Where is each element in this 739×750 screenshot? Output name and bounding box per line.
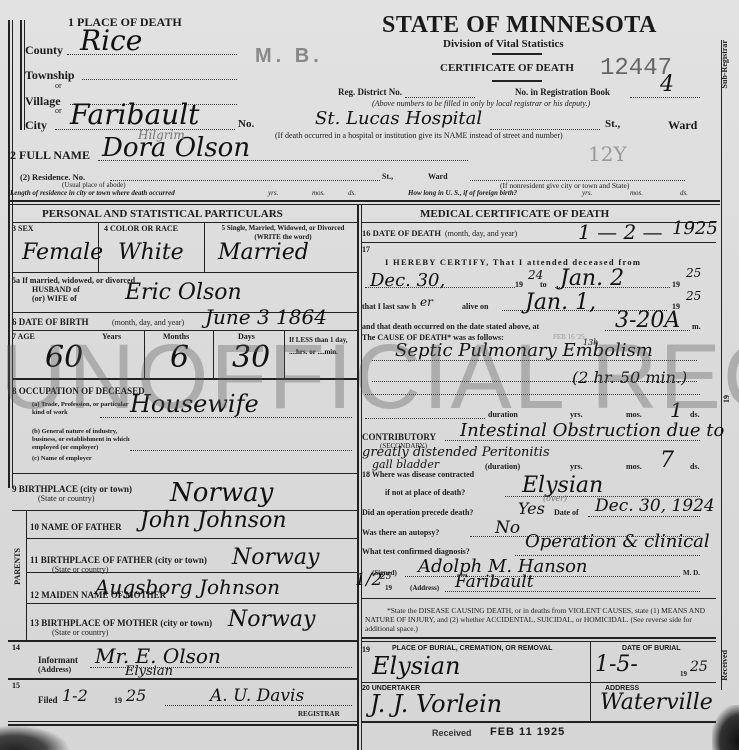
filed-num: 15 xyxy=(12,681,20,690)
title-rule-1 xyxy=(492,53,542,55)
reg-district-line xyxy=(405,97,475,98)
occupation-row-rule xyxy=(12,473,357,474)
informant-address-value: Elysian xyxy=(125,664,173,679)
full-name-annotation: Hilgrim xyxy=(138,128,185,142)
contrib-yrs: yrs. xyxy=(570,462,583,471)
section-rule-top xyxy=(8,200,720,202)
burial-num: 19 xyxy=(362,645,370,654)
or-label-2: or xyxy=(55,106,62,115)
reg-note: (Above numbers to be filled in only by l… xyxy=(372,99,590,108)
last-saw-suffix: er xyxy=(420,295,433,309)
duration-mos: mos. xyxy=(626,410,642,419)
length-residence-label: Length of residence in city or town wher… xyxy=(10,189,175,197)
undertaker-value: J. J. Vorlein xyxy=(370,690,502,718)
reg-district-label: Reg. District No. xyxy=(338,87,402,97)
spouse-label-1: 5a If married, widowed, or divorced xyxy=(12,276,135,285)
attended-to-year: 25 xyxy=(686,266,701,280)
where-label: 18 Where was disease contracted xyxy=(362,470,474,479)
township-line xyxy=(82,79,237,80)
contrib-mos: mos. xyxy=(626,462,642,471)
filed-date: 1-2 xyxy=(62,686,88,705)
occ-a-value: Housewife xyxy=(130,390,259,418)
informant-address-label: (Address) xyxy=(38,665,71,674)
dob-label: 6 DATE OF BIRTH xyxy=(12,317,88,327)
attended-from-year-prefix: 19 xyxy=(515,280,523,289)
left-border-inner xyxy=(12,20,13,488)
center-divider xyxy=(357,205,359,750)
duration-label: duration xyxy=(488,410,518,419)
cause-line-1 xyxy=(372,360,697,361)
city-value: Faribault xyxy=(70,98,199,131)
nonresident-note: (If nonresident give city or town and St… xyxy=(500,181,629,190)
duration-yrs: yrs. xyxy=(570,410,583,419)
certificate-title: CERTIFICATE OF DEATH xyxy=(440,62,574,74)
contributory-value: Intestinal Obstruction due to xyxy=(460,420,724,441)
informant-num: 14 xyxy=(12,643,20,652)
reg-book-value: 4 xyxy=(660,72,674,97)
dod-year: 1925 xyxy=(672,218,718,239)
parents-divider xyxy=(26,510,27,640)
burial-year: 25 xyxy=(690,659,708,675)
occ-c-label: (c) Name of employer xyxy=(32,455,92,462)
county-label: County xyxy=(25,43,63,58)
received-stamp-label: Received xyxy=(432,728,472,738)
received-stamp-date: FEB 11 1925 xyxy=(490,726,565,738)
us-mos: mos. xyxy=(630,189,643,197)
birthplace-sub: (State or country) xyxy=(38,494,94,503)
received-margin-label: Received xyxy=(720,650,729,681)
filed-year: 25 xyxy=(126,686,146,705)
length-mos: mos. xyxy=(312,189,325,197)
residence-ward-label: Ward xyxy=(428,172,448,181)
cause-note: 13h xyxy=(583,338,598,347)
mother-bp-sub: (State or country) xyxy=(52,628,108,637)
last-saw-label: that I last saw h xyxy=(362,302,416,311)
contrib-duration-label: (duration) xyxy=(485,462,520,471)
occ-a-label: (a) Trade, Profession, or particular kin… xyxy=(32,401,132,417)
test-value: Operation & clinical xyxy=(525,531,710,552)
burial-top-rule-2 xyxy=(361,641,716,642)
signed-year-prefix: 19 xyxy=(385,584,392,592)
age-years-value: 60 xyxy=(45,340,83,375)
father-label: 10 NAME OF FATHER xyxy=(30,522,122,532)
operation-date-label: Date of xyxy=(554,508,579,517)
alive-on-label: alive on xyxy=(462,302,488,311)
age-days-value: 30 xyxy=(232,340,270,375)
address-label: (Address) xyxy=(410,584,439,592)
length-ds: ds. xyxy=(348,189,356,197)
operation-value: Yes xyxy=(518,499,545,518)
ward-label: Ward xyxy=(668,118,697,133)
registrar-label: REGISTRAR xyxy=(298,710,340,718)
duration-value: 1 xyxy=(670,398,683,422)
dod-rule xyxy=(361,242,716,243)
right-margin-line xyxy=(721,40,722,690)
dod-label: 16 DATE OF DEATH xyxy=(362,228,441,238)
scan-shadow-right xyxy=(712,705,739,750)
reg-book-line xyxy=(630,97,700,98)
margin-number: 19 xyxy=(722,395,731,403)
age-row-rule xyxy=(12,378,357,380)
medical-heading-rule xyxy=(361,222,716,223)
sex-label: 3 SEX xyxy=(12,224,34,233)
place-bracket xyxy=(20,20,22,130)
age-label: 7 AGE xyxy=(12,332,35,341)
filed-year-prefix: 19 xyxy=(114,696,122,705)
operation-date-value: Dec. 30, 1924 xyxy=(595,496,715,516)
father-bp-value: Norway xyxy=(232,545,319,570)
dob-row-rule xyxy=(12,330,357,331)
marital-value: Married xyxy=(218,240,309,265)
us-yrs: yrs. xyxy=(582,189,592,197)
color-divider xyxy=(204,222,205,272)
birthplace-label: 9 BIRTHPLACE (city or town) xyxy=(12,484,132,494)
dob-value: June 3 1864 xyxy=(205,305,327,329)
state-title: STATE OF MINNESOTA xyxy=(382,12,657,39)
signed-year: 25 xyxy=(380,572,391,582)
days-divider xyxy=(284,330,285,378)
time-label: and that death occurred on the date stat… xyxy=(362,322,539,331)
months-divider xyxy=(213,330,214,378)
sub-registrar-label: Sub-Registrar xyxy=(720,40,729,88)
parents-label: PARENTS xyxy=(13,548,22,585)
length-yrs: yrs. xyxy=(268,189,278,197)
color-value: White xyxy=(118,240,184,265)
father-bp-label: 11 BIRTHPLACE OF FATHER (city or town) xyxy=(30,555,207,565)
residence-st-label: St., xyxy=(382,172,393,181)
md-label: M. D. xyxy=(683,569,700,577)
residence-sublabel: (Usual place of abode) xyxy=(62,181,126,189)
burial-year-prefix: 19 xyxy=(680,670,687,678)
institution-value: St. Lucas Hospital xyxy=(315,108,482,129)
address-value: Faribault xyxy=(455,572,534,592)
mother-row-rule xyxy=(26,603,357,604)
cause-value: Septic Pulmonary Embolism xyxy=(395,340,653,361)
color-label: 4 COLOR OR RACE xyxy=(104,224,178,233)
test-label: What test confirmed diagnosis? xyxy=(362,547,470,556)
filed-bottom-rule xyxy=(8,721,357,722)
medical-heading: MEDICAL CERTIFICATE OF DEATH xyxy=(420,208,609,220)
burial-place-label: PLACE OF BURIAL, CREMATION, OR REMOVAL xyxy=(392,645,552,652)
mb-stamp: M. B. xyxy=(255,45,323,68)
burial-date-label: DATE OF BURIAL xyxy=(622,645,681,652)
full-name-label: 2 FULL NAME xyxy=(10,148,90,163)
filed-label: Filed xyxy=(38,695,58,705)
contrib-duration-value: 7 xyxy=(660,448,674,473)
time-value: 3-20A xyxy=(615,308,680,333)
margin-note: 12Y xyxy=(588,142,627,166)
residence-line xyxy=(110,180,380,181)
operation-date-line xyxy=(588,516,700,517)
mother-bp-label: 13 BIRTHPLACE OF MOTHER (city or town) xyxy=(30,618,212,628)
sex-row-rule xyxy=(12,272,357,273)
cause-footnote: *State the DISEASE CAUSING DEATH, or in … xyxy=(365,606,710,633)
dob-hint: (month, day, and year) xyxy=(112,318,184,327)
informant-label: Informant xyxy=(38,655,78,665)
birthplace-value: Norway xyxy=(170,478,273,508)
or-label-1: or xyxy=(55,81,62,90)
registrar-value: A. U. Davis xyxy=(210,686,304,706)
cause-duration-note: (2 hr. 50 min.) xyxy=(572,368,687,387)
operation-label: Did an operation precede death? xyxy=(362,508,473,517)
street-label: St., xyxy=(605,118,620,130)
street-line xyxy=(490,129,600,130)
parents-bottom-rule xyxy=(8,640,357,642)
to-label: to xyxy=(540,280,547,289)
spouse-label-2: HUSBAND of xyxy=(32,285,80,294)
dod-hint: (month, day, and year) xyxy=(445,229,517,238)
operation-note: (over) xyxy=(543,494,567,503)
occ-b-label: (b) General nature of industry, business… xyxy=(32,428,132,452)
burial-date-value: 1-5- xyxy=(595,652,638,677)
alive-on-value: Jan. 1, xyxy=(525,290,596,315)
autopsy-value: No xyxy=(495,518,520,538)
us-ds: ds. xyxy=(680,189,688,197)
us-residence-label: How long in U. S., if of foreign birth? xyxy=(408,189,517,197)
personal-heading: PERSONAL AND STATISTICAL PARTICULARS xyxy=(42,208,283,220)
institution-note: (If death occurred in a hospital or inst… xyxy=(275,131,563,140)
section-rule-top-2 xyxy=(8,204,720,205)
duration-ds: ds. xyxy=(690,410,700,419)
father-value: John Johnson xyxy=(140,508,287,533)
alive-year: 25 xyxy=(686,289,701,303)
cert-num: 17 xyxy=(362,245,370,254)
cause-line-3 xyxy=(365,394,700,395)
burial-top-rule xyxy=(361,637,716,639)
division-title: Division of Vital Statistics xyxy=(443,38,564,50)
spouse-value: Eric Olson xyxy=(125,280,242,305)
contrib-ds: ds. xyxy=(690,462,700,471)
father-row-rule xyxy=(26,538,357,539)
scan-shadow-left xyxy=(0,725,70,750)
death-certificate-page: 1 PLACE OF DEATH County Rice M. B. Towns… xyxy=(0,0,739,750)
informant-bottom-rule xyxy=(8,678,357,680)
undertaker-address-value: Waterville xyxy=(600,690,713,715)
title-rule-2 xyxy=(492,80,542,82)
mother-bp-value: Norway xyxy=(228,607,315,632)
less-than-label: If LESS than 1 day, ....hrs. or ....min. xyxy=(289,334,355,358)
burial-bottom-rule xyxy=(361,721,716,723)
reg-book-label: No. in Registration Book xyxy=(515,87,610,97)
burial-place-value: Elysian xyxy=(372,652,461,680)
signature-rule xyxy=(361,598,716,599)
occ-b-line xyxy=(130,450,352,451)
left-border xyxy=(8,20,10,488)
years-label: Years xyxy=(102,332,121,341)
duration-line xyxy=(365,418,485,419)
contributory-label: CONTRIBUTORY xyxy=(362,432,436,442)
father-bp-row-rule xyxy=(26,572,357,573)
not-at-place-label: if not at place of death? xyxy=(385,488,465,497)
attended-to-line xyxy=(555,287,670,288)
county-value: Rice xyxy=(80,24,142,57)
mother-value: Augsborg Johnson xyxy=(95,575,280,599)
years-divider xyxy=(144,330,145,378)
occupation-label: 8 OCCUPATION OF DECEASED xyxy=(12,386,145,396)
no-label: No. xyxy=(238,118,254,130)
autopsy-label: Was there an autopsy? xyxy=(362,528,439,537)
attended-from-line xyxy=(365,287,515,288)
city-label: City xyxy=(25,118,47,133)
spouse-label-3: (or) WIFE of xyxy=(32,294,77,303)
personal-heading-rule xyxy=(12,222,357,223)
attended-to-year-prefix: 19 xyxy=(672,280,680,289)
dod-value: 1 — 2 — xyxy=(578,220,663,244)
township-label: Township xyxy=(25,68,75,83)
sex-value: Female xyxy=(22,240,103,265)
signed-date: 1/2 xyxy=(355,570,382,590)
time-suffix: m. xyxy=(692,322,701,331)
age-months-value: 6 xyxy=(170,340,189,375)
burial-mid-rule xyxy=(361,682,716,683)
